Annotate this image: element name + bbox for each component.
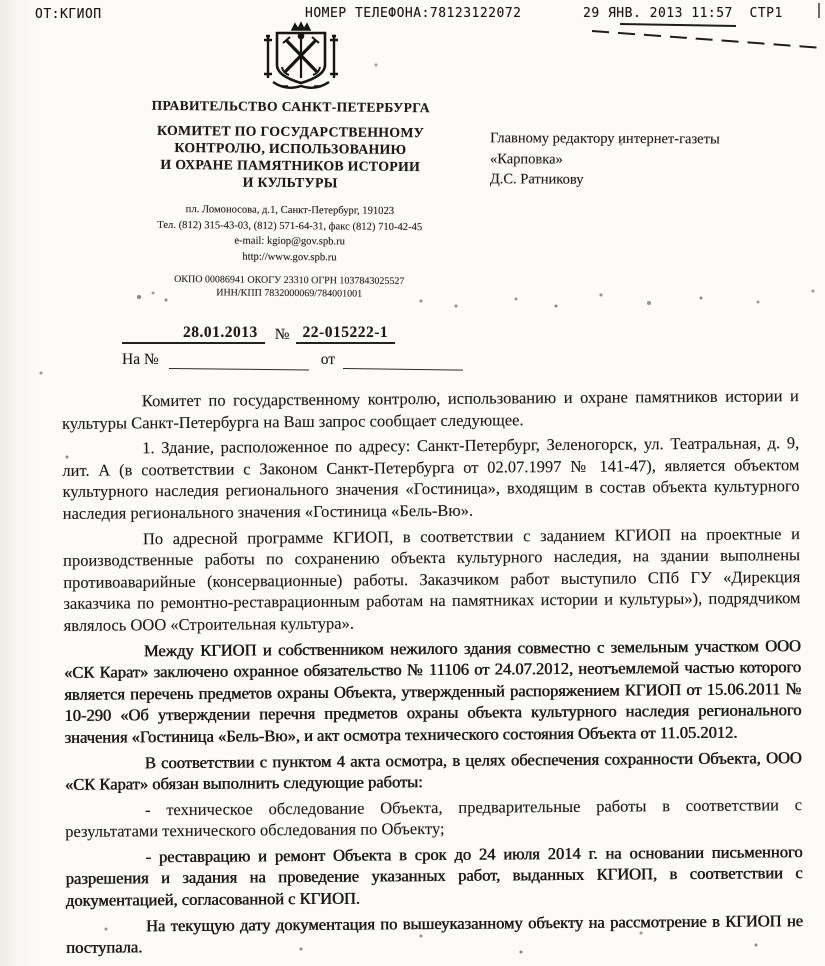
outgoing-reference-row: 28.01.2013 № 22-015222-1	[122, 324, 542, 344]
number-sign: №	[275, 326, 290, 344]
reply-to-label: На №	[122, 351, 159, 369]
reference-block: 28.01.2013 № 22-015222-1 На № от	[122, 324, 542, 369]
org-codes-line2: ИНН/КПП 7832000069/784001001	[115, 286, 463, 302]
addressee-publication: «Карповка»	[490, 149, 800, 171]
org-phones: Тел. (812) 315-43-03, (812) 571-64-31, ф…	[116, 217, 464, 236]
body-paragraph: Комитет по государственному контролю, ис…	[62, 385, 799, 434]
organization-codes: ОКПО 00086941 ОКОГУ 23310 ОГРН 103784302…	[115, 273, 463, 301]
body-paragraph: Между КГИОП и собственником нежилого зда…	[64, 635, 802, 749]
fax-underline-mark	[620, 23, 736, 27]
addressee-role: Главному редактору интернет-газеты	[490, 128, 800, 150]
from-date-label: от	[321, 351, 335, 369]
body-paragraph-list-item: - техническое обследование Объекта, пред…	[65, 794, 802, 843]
org-website: http://www.gov.spb.ru	[115, 248, 463, 267]
scanned-fax-page: ОТ:КГИОП НОМЕР ТЕЛЕФОНА:78123122072 29 Я…	[0, 0, 825, 966]
letter-number: 22-015222-1	[296, 324, 396, 344]
body-paragraph: На текущую дату документация по вышеуказ…	[66, 910, 803, 959]
scan-noise	[0, 0, 2, 2]
fax-phone-number: НОМЕР ТЕЛЕФОНА:78123122072	[305, 6, 522, 21]
body-paragraph: 1. Здание, расположенное по адресу: Санк…	[62, 432, 800, 524]
fax-datetime-page: 29 ЯНВ. 2013 11:57 СТР1	[583, 6, 783, 21]
committee-name: КОМИТЕТ ПО ГОСУДАРСТВЕННОМУ КОНТРОЛЮ, ИС…	[116, 121, 465, 192]
blank-underline	[122, 326, 176, 344]
scan-edge-mark	[818, 3, 820, 18]
letter-date: 28.01.2013	[176, 324, 265, 344]
letter-body: Комитет по государственному контролю, ис…	[62, 385, 803, 963]
addressee-person: Д.С. Ратникову	[490, 169, 800, 191]
letterhead: ПРАВИТЕЛЬСТВО САНКТ-ПЕТЕРБУРГА КОМИТЕТ П…	[115, 97, 465, 301]
reply-reference-row: На № от	[122, 351, 542, 369]
body-paragraph-list-item: - реставрацию и ремонт Объекта в срок до…	[65, 841, 802, 912]
blank-underline	[343, 352, 463, 371]
organization-contacts: пл. Ломоносова, д.1, Санкт-Петербург, 19…	[115, 201, 464, 266]
blank-underline	[169, 352, 309, 370]
body-paragraph: В соответствии с пунктом 4 акта осмотра,…	[65, 747, 802, 796]
body-paragraph: По адресной программе КГИОП, в соответст…	[63, 523, 801, 637]
saint-petersburg-coat-of-arms-icon	[256, 20, 346, 94]
addressee-block: Главному редактору интернет-газеты «Карп…	[490, 128, 800, 191]
government-title: ПРАВИТЕЛЬСТВО САНКТ-ПЕТЕРБУРГА	[117, 97, 465, 116]
fax-diagonal-dashed-line	[592, 30, 825, 50]
fax-sender: ОТ:КГИОП	[35, 7, 102, 22]
